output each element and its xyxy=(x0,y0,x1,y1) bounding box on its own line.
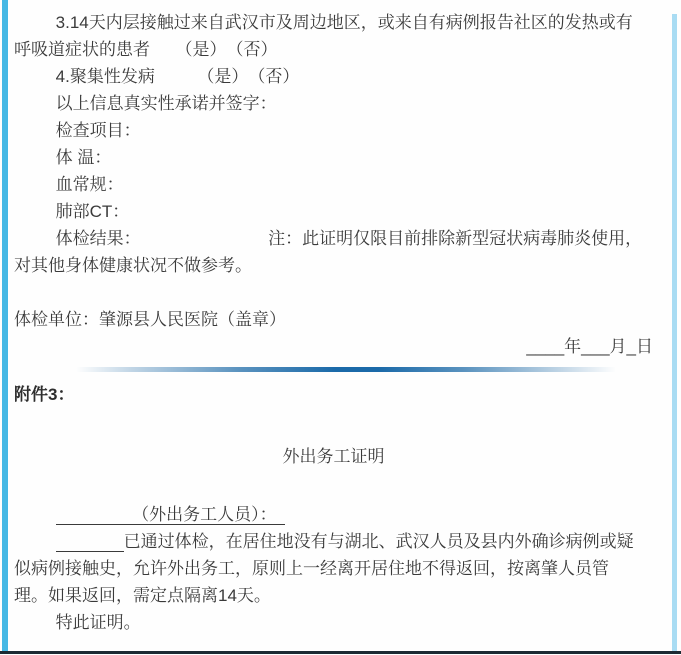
certificate-closing: 特此证明。 xyxy=(14,609,653,636)
lung-ct-label: 肺部CT： xyxy=(14,198,653,225)
date-blank-line: ____年___月_日 xyxy=(14,333,653,360)
signature-statement: 以上信息真实性承诺并签字： xyxy=(14,90,653,117)
certificate-body-line-3: 理。如果返回，需定点隔离14天。 xyxy=(14,582,653,609)
document-content: 3.14天内层接触过来自武汉市及周边地区，或来自有病例报告社区的发热或有 呼吸道… xyxy=(14,9,653,636)
bottom-border-bar xyxy=(0,651,681,654)
document-page: 3.14天内层接触过来自武汉市及周边地区，或来自有病例报告社区的发热或有 呼吸道… xyxy=(0,0,681,655)
question-3-line-2: 呼吸道症状的患者 （是） （否） xyxy=(14,36,653,63)
temperature-label: 体 温： xyxy=(14,144,653,171)
attachment-3-label: 附件3： xyxy=(14,381,653,408)
question-4: 4.聚集性发病 （是） （否） xyxy=(14,63,653,90)
certificate-recipient-line: （外出务工人员）： xyxy=(14,501,653,528)
result-note-line-2: 对其他身体健康状况不做参考。 xyxy=(14,252,653,279)
question-3-line-1: 3.14天内层接触过来自武汉市及周边地区，或来自有病例报告社区的发热或有 xyxy=(14,9,653,36)
check-items-label: 检查项目： xyxy=(14,117,653,144)
name-underlined-blank xyxy=(56,532,124,552)
result-and-note-line-1: 体检结果： 注：此证明仅限目前排除新型冠状病毒肺炎使用， xyxy=(14,225,653,252)
section-separator-line xyxy=(76,367,616,372)
right-border-stripe xyxy=(672,14,677,651)
certificate-body-line-1: 已通过体检，在居住地没有与湖北、武汉人员及县内外确诊病例或疑 xyxy=(14,528,653,555)
recipient-underlined-blank: （外出务工人员）： xyxy=(56,505,286,525)
medical-unit-line: 体检单位：肇源县人民医院（盖章） xyxy=(14,306,653,333)
left-border-stripe xyxy=(2,0,8,651)
blood-test-label: 血常规： xyxy=(14,171,653,198)
certificate-body-text-1: 已通过体检，在居住地没有与湖北、武汉人员及县内外确诊病例或疑 xyxy=(124,532,634,551)
certificate-body-line-2: 似病例接触史，允许外出务工，原则上一经离开居住地不得返回，按离肇人员管 xyxy=(14,555,653,582)
certificate-title: 外出务工证明 xyxy=(14,443,653,470)
